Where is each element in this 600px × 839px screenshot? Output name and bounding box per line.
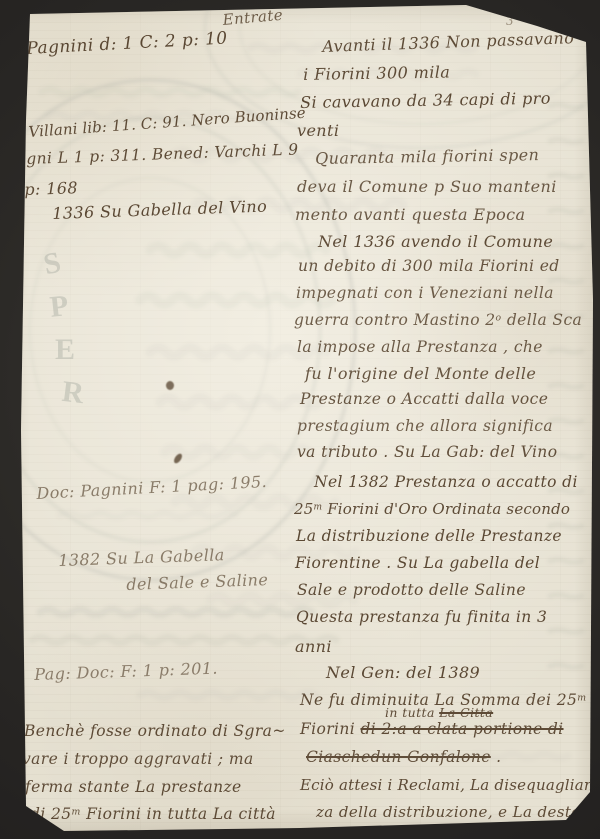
handwritten-line: Nel 1336 avendo il Comune (318, 233, 553, 251)
handwritten-line: impegnati con i Veneziani nella (296, 285, 554, 302)
handwritten-line: un debito di 300 mila Fiorini ed (298, 258, 560, 275)
handwritten-line: di 25m Fiorini in tutta La città (30, 806, 276, 823)
ink-blot (166, 381, 174, 390)
handwritten-line: guerra contro Mastino 2o della Sca (294, 312, 582, 329)
handwritten-line: ferma stante La prestanze (25, 779, 242, 796)
handwritten-line: deva il Comune p Suo manteni (297, 178, 557, 196)
manuscript-paper: SPER Entrate 3 Pagnini d: 1 C: 2 p: 10Vi… (0, 0, 600, 839)
citation-villani-3: p: 168 (24, 179, 78, 198)
handwritten-line: Sale e prodotto delle Saline (297, 582, 526, 599)
handwritten-line: anni (295, 638, 332, 656)
handwritten-line: La distribuzione delle Prestanze (296, 528, 562, 545)
handwritten-line: Prestanze o Accatti dalla voce (300, 391, 548, 408)
handwritten-line: va tributo . Su La Gab: del Vino (297, 444, 557, 461)
handwritten-line: i Fiorini 300 mila (303, 63, 450, 83)
stamp-letter: P (48, 289, 70, 325)
handwritten-line: Nel 1382 Prestanza o accatto di (314, 474, 578, 491)
stamp-letter: R (60, 375, 86, 411)
handwritten-line: venti (297, 122, 339, 140)
handwritten-line: 25m Fiorini d'Oro Ordinata secondo (294, 501, 570, 518)
handwritten-line: Questa prestanza fu finita in 3 (296, 609, 547, 626)
handwritten-line: Nel Gen: del 1389 (326, 664, 480, 682)
handwritten-line: Quaranta mila fiorini spen (315, 146, 539, 168)
handwritten-line: Benchè fosse ordinato di Sgra~ (24, 723, 286, 740)
interline-correction: in tutta La Citta (385, 706, 493, 720)
handwritten-line: mento avanti questa Epoca (295, 206, 525, 224)
handwritten-line: Fiorini di 2:a a clata portione di (300, 721, 564, 738)
handwritten-line: Eciò attesi i Reclami, La disequaglian (300, 777, 594, 794)
handwritten-line: la impose alla Prestanza , che (297, 339, 543, 356)
photo-background: SPER Entrate 3 Pagnini d: 1 C: 2 p: 10Vi… (0, 0, 600, 839)
page-number: 3 (506, 15, 514, 28)
handwritten-line: fu l'origine del Monte delle (305, 365, 536, 383)
stamp-letter: E (55, 333, 75, 367)
handwritten-line: Fiorentine . Su La gabella del (295, 555, 540, 572)
handwritten-line: za della distribuzione, e La deste (316, 804, 581, 821)
handwritten-line: Ciaschedun Gonfalone . (306, 749, 501, 766)
handwritten-line: prestagium che allora significa (297, 418, 553, 435)
handwritten-line: vare i troppo aggravati ; ma (22, 751, 254, 768)
